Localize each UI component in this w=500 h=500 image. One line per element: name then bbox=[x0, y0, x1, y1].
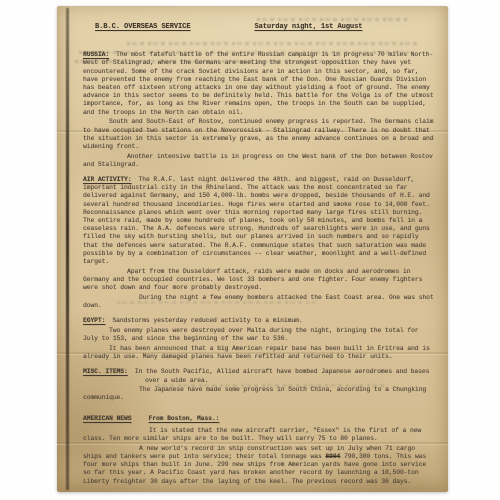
section-heading: RUSSIA: bbox=[83, 51, 109, 58]
paragraph: Two enemy planes were destroyed over Mal… bbox=[83, 327, 435, 343]
paragraph: South and South-East of Rostov, continue… bbox=[83, 118, 435, 151]
paragraph: A new world's record in ship constructio… bbox=[83, 445, 435, 486]
struck-out-typo: 8904 bbox=[325, 453, 340, 460]
paragraph: Apart from the Dusseldorf attack, raids … bbox=[83, 268, 435, 293]
org-title: B.B.C. OVERSEAS SERVICE bbox=[95, 23, 190, 31]
document-header: B.B.C. OVERSEAS SERVICE Saturday night, … bbox=[83, 23, 435, 31]
section-misc-items: MISC. ITEMS:In the South Pacific, Allied… bbox=[83, 368, 435, 402]
section-heading: MISC. ITEMS: bbox=[83, 368, 128, 375]
section-subheading: From Boston, Mass.: bbox=[148, 415, 219, 422]
document-photo: B.B.C. OVERSEAS SERVICE Saturday night, … bbox=[0, 0, 500, 500]
paragraph: It is stated that the new aircraft carri… bbox=[83, 427, 435, 443]
typescript-content: B.B.C. OVERSEAS SERVICE Saturday night, … bbox=[83, 23, 435, 487]
paper-left-edge-shadow bbox=[66, 8, 69, 490]
paragraph: It has been announced that a big America… bbox=[83, 345, 435, 361]
section-heading: AIR ACTIVITY: bbox=[83, 176, 131, 183]
date-line: Saturday night, 1st August bbox=[254, 23, 362, 31]
paragraph: MISC. ITEMS:In the South Pacific, Allied… bbox=[83, 368, 435, 384]
paper-sheet: B.B.C. OVERSEAS SERVICE Saturday night, … bbox=[57, 6, 448, 492]
section-heading: AMERICAN NEWS bbox=[83, 415, 131, 422]
section-american-news: AMERICAN NEWSFrom Boston, Mass.: It is s… bbox=[83, 415, 435, 486]
paragraph-text: In the South Pacific, Allied aircraft ha… bbox=[135, 368, 430, 383]
section-egypt: EGYPT:Sandstorms yesterday reduced activ… bbox=[83, 317, 435, 361]
section-russia: RUSSIA:The most fateful battle of the en… bbox=[83, 51, 435, 169]
section-air-activity: AIR ACTIVITY:The R.A.F. last night deliv… bbox=[83, 176, 435, 310]
paragraph: AMERICAN NEWSFrom Boston, Mass.: bbox=[83, 415, 435, 423]
section-heading: EGYPT: bbox=[83, 317, 105, 324]
paragraph: EGYPT:Sandstorms yesterday reduced activ… bbox=[83, 317, 435, 325]
paragraph: During the night a few enemy bombers att… bbox=[83, 294, 435, 310]
paragraph-text: The R.A.F. last night delivered the 40th… bbox=[83, 176, 430, 265]
bleed-through-text bbox=[257, 18, 407, 21]
paragraph-text: The most fateful battle of the entire Ru… bbox=[83, 51, 434, 115]
paragraph-text: Sandstorms yesterday reduced activity to… bbox=[112, 317, 302, 324]
paragraph: Another intensive battle is in progress … bbox=[83, 153, 435, 169]
paragraph: The Japanese have made some progress in … bbox=[83, 386, 435, 402]
paragraph: RUSSIA:The most fateful battle of the en… bbox=[83, 51, 435, 117]
paragraph: AIR ACTIVITY:The R.A.F. last night deliv… bbox=[83, 176, 435, 266]
